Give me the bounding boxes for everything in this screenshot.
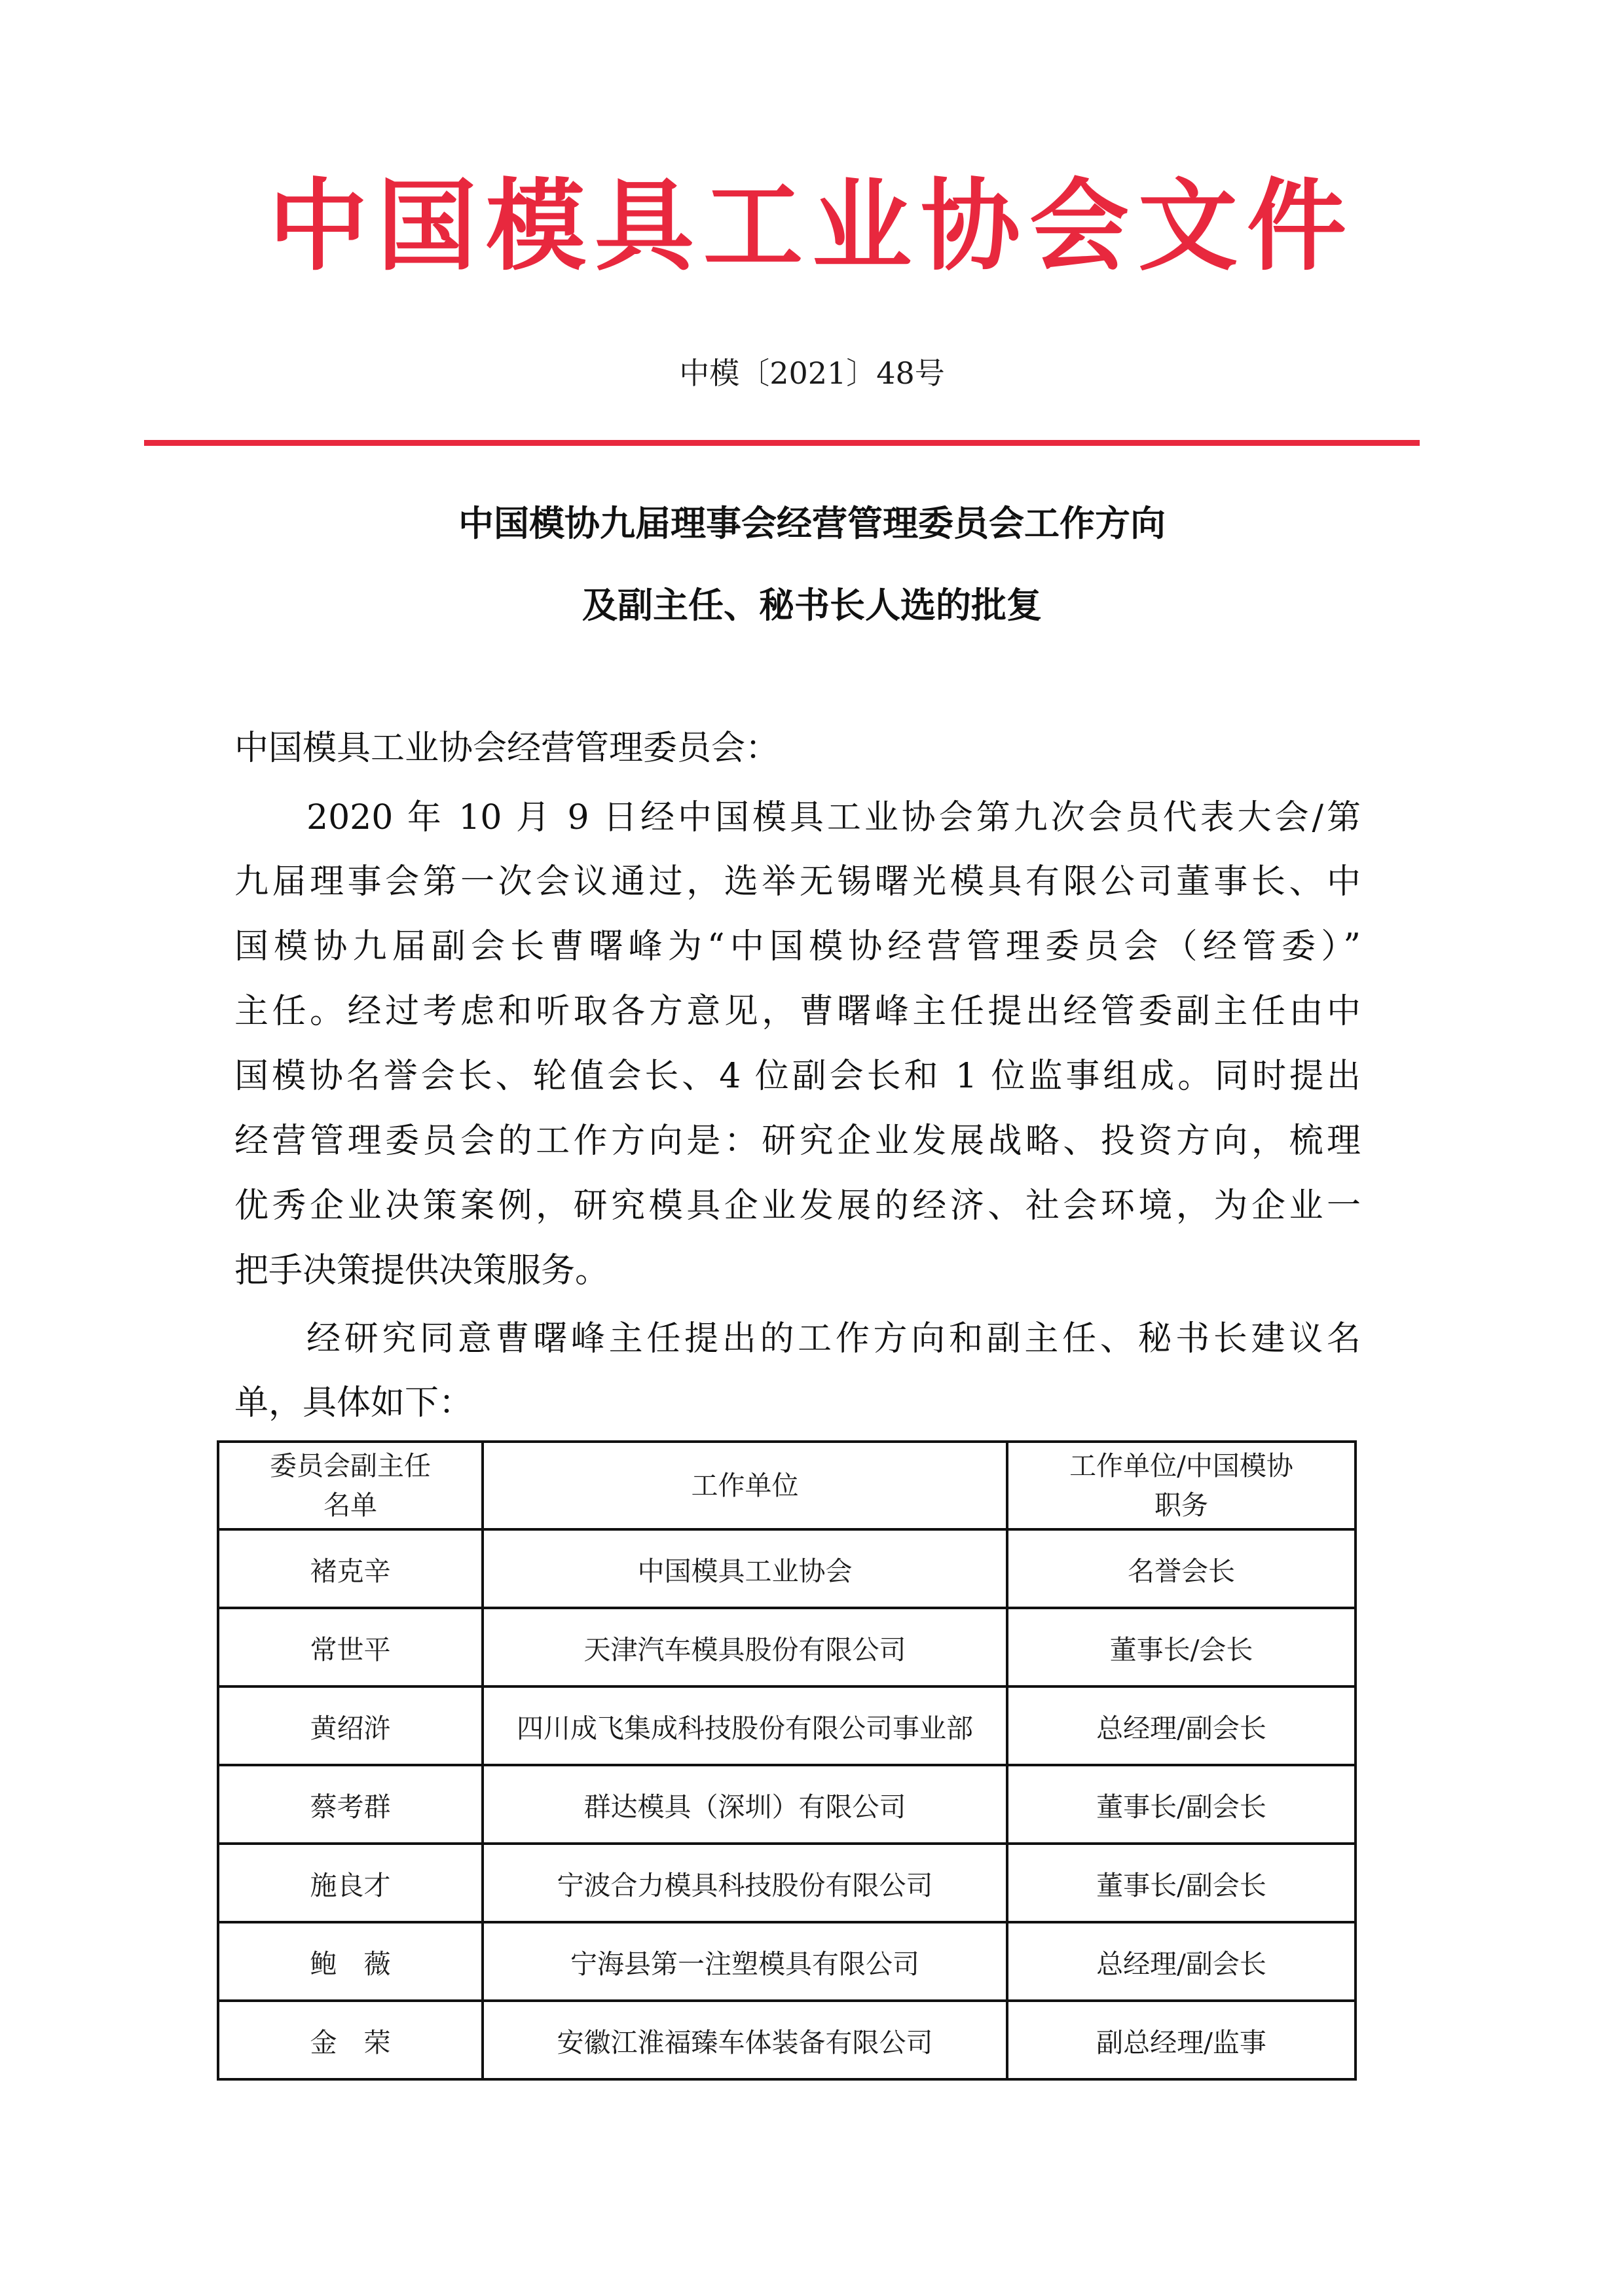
cell-name: 施良才 xyxy=(218,1844,483,1922)
salutation: 中国模具工业协会经营管理委员会： xyxy=(234,725,1361,771)
cell-organization: 中国模具工业协会 xyxy=(483,1529,1007,1608)
header-name-line-1: 委员会副主任 xyxy=(223,1446,477,1485)
cell-name: 常世平 xyxy=(218,1608,483,1686)
header-organization: 工作单位 xyxy=(483,1442,1007,1529)
table-header-row: 委员会副主任 名单 工作单位 工作单位/中国模协 职务 xyxy=(218,1442,1356,1529)
header-name: 委员会副主任 名单 xyxy=(218,1442,483,1529)
cell-organization: 宁海县第一注塑模具有限公司 xyxy=(483,1922,1007,2001)
table-row: 黄绍浒 四川成飞集成科技股份有限公司事业部 总经理/副会长 xyxy=(218,1686,1356,1765)
paragraph-2-line: 经研究同意曹曙峰主任提出的工作方向和副主任、秘书长建议名 xyxy=(306,1316,1361,1362)
cell-name: 金 荣 xyxy=(218,2001,483,2079)
table-row: 金 荣 安徽江淮福臻车体装备有限公司 副总经理/监事 xyxy=(218,2001,1356,2079)
paragraph-2-line: 单，具体如下： xyxy=(234,1380,1361,1426)
paragraph-1-line: 国模协名誉会长、轮值会长、4 位副会长和 1 位监事组成。同时提出 xyxy=(234,1053,1361,1099)
cell-position: 名誉会长 xyxy=(1007,1529,1356,1608)
paragraph-1-line: 把手决策提供决策服务。 xyxy=(234,1248,1361,1294)
cell-position: 总经理/副会长 xyxy=(1007,1686,1356,1765)
header-position-line-2: 职务 xyxy=(1012,1485,1350,1525)
header-position: 工作单位/中国模协 职务 xyxy=(1007,1442,1356,1529)
table-row: 褚克辛 中国模具工业协会 名誉会长 xyxy=(218,1529,1356,1608)
table-row: 蔡考群 群达模具（深圳）有限公司 董事长/副会长 xyxy=(218,1765,1356,1844)
document-title-line-1: 中国模协九届理事会经营管理委员会工作方向 xyxy=(0,501,1624,547)
cell-position: 副总经理/监事 xyxy=(1007,2001,1356,2079)
document-number: 中模〔2021〕48号 xyxy=(0,354,1624,393)
table-row: 常世平 天津汽车模具股份有限公司 董事长/会长 xyxy=(218,1608,1356,1686)
cell-position: 总经理/副会长 xyxy=(1007,1922,1356,2001)
vice-director-table: 委员会副主任 名单 工作单位 工作单位/中国模协 职务 褚克辛 中国模具工业协会… xyxy=(217,1440,1354,2081)
cell-name: 鲍 薇 xyxy=(218,1922,483,2001)
cell-organization: 天津汽车模具股份有限公司 xyxy=(483,1608,1007,1686)
paragraph-1-line: 经营管理委员会的工作方向是：研究企业发展战略、投资方向，梳理 xyxy=(234,1118,1361,1164)
paragraph-1-line: 主任。经过考虑和听取各方意见，曹曙峰主任提出经管委副主任由中 xyxy=(234,989,1361,1034)
header-name-line-2: 名单 xyxy=(223,1485,477,1525)
table-row: 施良才 宁波合力模具科技股份有限公司 董事长/副会长 xyxy=(218,1844,1356,1922)
document-title-line-2: 及副主任、秘书长人选的批复 xyxy=(0,583,1624,629)
cell-organization: 群达模具（深圳）有限公司 xyxy=(483,1765,1007,1844)
header-organization-label: 工作单位 xyxy=(488,1466,1002,1505)
red-divider-rule xyxy=(144,440,1420,446)
cell-position: 董事长/副会长 xyxy=(1007,1765,1356,1844)
header-position-line-1: 工作单位/中国模协 xyxy=(1012,1446,1350,1485)
paragraph-1-line: 九届理事会第一次会议通过，选举无锡曙光模具有限公司董事长、中 xyxy=(234,859,1361,905)
cell-position: 董事长/副会长 xyxy=(1007,1844,1356,1922)
document-masthead: 中国模具工业协会文件 xyxy=(0,167,1624,285)
paragraph-1-line: 2020 年 10 月 9 日经中国模具工业协会第九次会员代表大会/第 xyxy=(306,795,1361,841)
cell-organization: 四川成飞集成科技股份有限公司事业部 xyxy=(483,1686,1007,1765)
paragraph-1-line: 国模协九届副会长曹曙峰为“中国模协经营管理委员会（经管委）” xyxy=(234,924,1361,970)
cell-name: 褚克辛 xyxy=(218,1529,483,1608)
paragraph-1-line: 优秀企业决策案例，研究模具企业发展的经济、社会环境，为企业一 xyxy=(234,1183,1361,1229)
cell-name: 黄绍浒 xyxy=(218,1686,483,1765)
cell-position: 董事长/会长 xyxy=(1007,1608,1356,1686)
cell-organization: 安徽江淮福臻车体装备有限公司 xyxy=(483,2001,1007,2079)
vice-director-list-table: 委员会副主任 名单 工作单位 工作单位/中国模协 职务 褚克辛 中国模具工业协会… xyxy=(217,1440,1357,2081)
cell-organization: 宁波合力模具科技股份有限公司 xyxy=(483,1844,1007,1922)
table-row: 鲍 薇 宁海县第一注塑模具有限公司 总经理/副会长 xyxy=(218,1922,1356,2001)
cell-name: 蔡考群 xyxy=(218,1765,483,1844)
